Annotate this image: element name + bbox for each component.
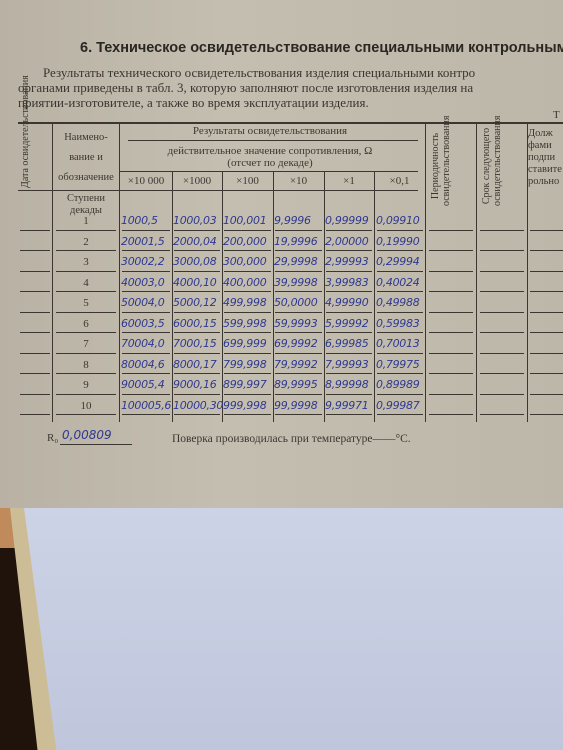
step-number: 8 bbox=[53, 359, 119, 371]
row-underline bbox=[429, 271, 473, 272]
row-underline bbox=[56, 291, 116, 292]
row-underline bbox=[174, 230, 220, 231]
row-underline bbox=[326, 271, 372, 272]
value-cell: 400,000 bbox=[223, 276, 266, 289]
table-label: Т bbox=[553, 109, 560, 121]
multiplier-x100: ×100 bbox=[222, 175, 273, 187]
row-underline bbox=[429, 291, 473, 292]
row-underline bbox=[20, 291, 50, 292]
multiplier-x1000: ×1000 bbox=[172, 175, 222, 187]
header-next-term: Срок следующего освидетельствования bbox=[481, 126, 503, 206]
results-divider bbox=[128, 140, 418, 141]
value-cell: 3000,08 bbox=[173, 255, 216, 268]
row-underline bbox=[377, 291, 423, 292]
value-cell: 2,00000 bbox=[325, 235, 368, 248]
row-underline bbox=[174, 271, 220, 272]
value-cell: 6000,15 bbox=[173, 317, 216, 330]
value-cell: 79,9992 bbox=[274, 358, 317, 371]
value-cell: 100005,6 bbox=[121, 399, 171, 412]
row-underline bbox=[122, 250, 170, 251]
value-cell: 499,998 bbox=[223, 296, 266, 309]
row-underline bbox=[56, 230, 116, 231]
header-bottom-border bbox=[18, 190, 418, 191]
row-underline bbox=[275, 291, 322, 292]
paragraph-line-3: приятии-изготовителе, а также во время э… bbox=[18, 95, 563, 110]
row-underline bbox=[224, 230, 271, 231]
row-underline bbox=[20, 312, 50, 313]
row-underline bbox=[56, 394, 116, 395]
row-underline bbox=[530, 353, 563, 354]
row-underline bbox=[326, 414, 372, 415]
value-cell: 300,000 bbox=[223, 255, 266, 268]
value-cell: 89,9995 bbox=[274, 378, 317, 391]
row-underline bbox=[377, 230, 423, 231]
row-underline bbox=[530, 414, 563, 415]
row-underline bbox=[530, 250, 563, 251]
row-underline bbox=[122, 230, 170, 231]
paragraph-line-1: Результаты технического освидетельствова… bbox=[18, 65, 563, 80]
value-cell: 30002,2 bbox=[121, 255, 164, 268]
row-underline bbox=[56, 250, 116, 251]
value-cell: 0,79975 bbox=[376, 358, 419, 371]
row-underline bbox=[20, 414, 50, 415]
row-underline bbox=[480, 373, 524, 374]
row-underline bbox=[530, 312, 563, 313]
section-heading: 6. Техническое освидетельствование специ… bbox=[80, 40, 563, 56]
row-underline bbox=[224, 394, 271, 395]
value-cell: 80004,6 bbox=[121, 358, 164, 371]
value-cell: 9,9996 bbox=[274, 214, 311, 227]
value-cell: 0,09910 bbox=[376, 214, 419, 227]
value-cell: 0,70013 bbox=[376, 337, 419, 350]
row-underline bbox=[122, 312, 170, 313]
paragraph-line-2: органами приведены в табл. 3, которую за… bbox=[18, 80, 563, 95]
r0-underline bbox=[60, 444, 132, 445]
row-underline bbox=[326, 373, 372, 374]
row-underline bbox=[174, 353, 220, 354]
row-underline bbox=[530, 373, 563, 374]
row-underline bbox=[56, 353, 116, 354]
row-underline bbox=[20, 230, 50, 231]
row-underline bbox=[326, 332, 372, 333]
table-top-border bbox=[18, 122, 563, 124]
row-underline bbox=[530, 291, 563, 292]
row-underline bbox=[20, 271, 50, 272]
value-cell: 7000,15 bbox=[173, 337, 216, 350]
row-underline bbox=[20, 353, 50, 354]
multiplier-x0-1: ×0,1 bbox=[374, 175, 425, 187]
row-underline bbox=[224, 414, 271, 415]
row-underline bbox=[275, 394, 322, 395]
row-underline bbox=[56, 373, 116, 374]
value-cell: 39,9998 bbox=[274, 276, 317, 289]
header-results: Результаты освидетельствования bbox=[120, 125, 420, 137]
row-underline bbox=[224, 250, 271, 251]
row-underline bbox=[429, 414, 473, 415]
row-underline bbox=[122, 271, 170, 272]
multiplier-x1: ×1 bbox=[324, 175, 374, 187]
row-underline bbox=[224, 332, 271, 333]
row-underline bbox=[530, 230, 563, 231]
row-underline bbox=[224, 271, 271, 272]
step-number: 7 bbox=[53, 338, 119, 350]
row-underline bbox=[275, 414, 322, 415]
value-cell: 100,001 bbox=[223, 214, 266, 227]
value-cell: 5,99992 bbox=[325, 317, 368, 330]
row-underline bbox=[122, 332, 170, 333]
value-cell: 69,9992 bbox=[274, 337, 317, 350]
value-cell: 60003,5 bbox=[121, 317, 164, 330]
row-underline bbox=[480, 312, 524, 313]
row-underline bbox=[429, 373, 473, 374]
value-cell: 0,49988 bbox=[376, 296, 419, 309]
value-cell: 29,9998 bbox=[274, 255, 317, 268]
row-underline bbox=[56, 332, 116, 333]
row-underline bbox=[224, 312, 271, 313]
col-divider bbox=[476, 122, 477, 422]
r0-value: 0,00809 bbox=[62, 428, 112, 442]
value-cell: 4000,10 bbox=[173, 276, 216, 289]
document-page: 6. Техническое освидетельствование специ… bbox=[0, 0, 563, 508]
row-underline bbox=[20, 332, 50, 333]
value-cell: 5000,12 bbox=[173, 296, 216, 309]
row-underline bbox=[480, 414, 524, 415]
value-cell: 799,998 bbox=[223, 358, 266, 371]
intro-paragraph: Результаты технического освидетельствова… bbox=[18, 65, 563, 110]
step-number: 4 bbox=[53, 277, 119, 289]
value-cell: 59,9993 bbox=[274, 317, 317, 330]
header-actual-value: действительное значение сопротивления, Ω bbox=[120, 145, 420, 157]
value-cell: 999,998 bbox=[223, 399, 266, 412]
step-number: 6 bbox=[53, 318, 119, 330]
col-divider bbox=[374, 172, 375, 422]
header-position: Долж фами подпи ставите рольно bbox=[528, 128, 563, 188]
row-underline bbox=[275, 230, 322, 231]
row-underline bbox=[429, 332, 473, 333]
row-underline bbox=[56, 312, 116, 313]
row-underline bbox=[326, 250, 372, 251]
row-underline bbox=[429, 394, 473, 395]
col-divider bbox=[425, 122, 426, 422]
value-cell: 3,99983 bbox=[325, 276, 368, 289]
row-underline bbox=[326, 291, 372, 292]
value-cell: 1000,5 bbox=[121, 214, 158, 227]
value-cell: 19,9996 bbox=[274, 235, 317, 248]
multiplier-x10: ×10 bbox=[273, 175, 324, 187]
value-cell: 699,999 bbox=[223, 337, 266, 350]
row-underline bbox=[530, 394, 563, 395]
row-underline bbox=[275, 353, 322, 354]
value-cell: 2,99993 bbox=[325, 255, 368, 268]
blank-sheet bbox=[24, 508, 563, 750]
header-steps: Ступени декады bbox=[53, 193, 119, 217]
value-cell: 6,99985 bbox=[325, 337, 368, 350]
value-cell: 8000,17 bbox=[173, 358, 216, 371]
value-cell: 2000,04 bbox=[173, 235, 216, 248]
row-underline bbox=[530, 332, 563, 333]
value-cell: 899,997 bbox=[223, 378, 266, 391]
value-cell: 0,89989 bbox=[376, 378, 419, 391]
row-underline bbox=[377, 414, 423, 415]
row-underline bbox=[377, 250, 423, 251]
value-cell: 50,0000 bbox=[274, 296, 317, 309]
value-cell: 200,000 bbox=[223, 235, 266, 248]
row-underline bbox=[122, 353, 170, 354]
row-underline bbox=[20, 250, 50, 251]
row-underline bbox=[480, 291, 524, 292]
row-underline bbox=[377, 332, 423, 333]
row-underline bbox=[429, 353, 473, 354]
row-underline bbox=[326, 312, 372, 313]
header-name: Наимено- вание и обозначение bbox=[53, 128, 119, 188]
row-underline bbox=[480, 353, 524, 354]
value-cell: 10000,30 bbox=[173, 399, 223, 412]
value-cell: 0,59983 bbox=[376, 317, 419, 330]
value-cell: 599,998 bbox=[223, 317, 266, 330]
row-underline bbox=[480, 332, 524, 333]
step-number: 1 bbox=[53, 215, 119, 227]
row-underline bbox=[275, 250, 322, 251]
value-cell: 90005,4 bbox=[121, 378, 164, 391]
row-underline bbox=[377, 271, 423, 272]
row-underline bbox=[122, 373, 170, 374]
value-cell: 1000,03 bbox=[173, 214, 216, 227]
row-underline bbox=[480, 230, 524, 231]
r0-label: R₀ bbox=[47, 432, 58, 444]
row-underline bbox=[326, 394, 372, 395]
value-cell: 70004,0 bbox=[121, 337, 164, 350]
temperature-note: Поверка производилась при температуре——°… bbox=[172, 433, 411, 445]
value-cell: 0,29994 bbox=[376, 255, 419, 268]
row-underline bbox=[56, 414, 116, 415]
row-underline bbox=[480, 394, 524, 395]
value-cell: 9000,16 bbox=[173, 378, 216, 391]
value-cell: 99,9998 bbox=[274, 399, 317, 412]
row-underline bbox=[480, 250, 524, 251]
value-cell: 7,99993 bbox=[325, 358, 368, 371]
row-underline bbox=[530, 271, 563, 272]
row-underline bbox=[224, 291, 271, 292]
value-cell: 50004,0 bbox=[121, 296, 164, 309]
row-underline bbox=[275, 332, 322, 333]
row-underline bbox=[429, 250, 473, 251]
row-underline bbox=[174, 332, 220, 333]
row-underline bbox=[174, 414, 220, 415]
row-underline bbox=[122, 414, 170, 415]
value-cell: 9,99971 bbox=[325, 399, 368, 412]
row-underline bbox=[429, 230, 473, 231]
value-cell: 8,99998 bbox=[325, 378, 368, 391]
row-underline bbox=[122, 291, 170, 292]
step-number: 10 bbox=[53, 400, 119, 412]
value-cell: 0,99999 bbox=[325, 214, 368, 227]
row-underline bbox=[377, 312, 423, 313]
row-underline bbox=[275, 271, 322, 272]
row-underline bbox=[20, 394, 50, 395]
row-underline bbox=[224, 353, 271, 354]
value-cell: 0,19990 bbox=[376, 235, 419, 248]
row-underline bbox=[377, 394, 423, 395]
value-cell: 0,40024 bbox=[376, 276, 419, 289]
value-cell: 4,99990 bbox=[325, 296, 368, 309]
value-cell: 40003,0 bbox=[121, 276, 164, 289]
step-number: 5 bbox=[53, 297, 119, 309]
row-underline bbox=[122, 394, 170, 395]
row-underline bbox=[174, 312, 220, 313]
row-underline bbox=[326, 353, 372, 354]
row-underline bbox=[20, 373, 50, 374]
value-cell: 0,99987 bbox=[376, 399, 419, 412]
row-underline bbox=[224, 373, 271, 374]
row-underline bbox=[275, 373, 322, 374]
value-cell: 20001,5 bbox=[121, 235, 164, 248]
step-number: 3 bbox=[53, 256, 119, 268]
header-periodicity: Периодичность освидетельствования bbox=[430, 126, 452, 206]
step-number: 9 bbox=[53, 379, 119, 391]
row-underline bbox=[480, 271, 524, 272]
header-actual-value-sub: (отсчет по декаде) bbox=[120, 157, 420, 169]
row-underline bbox=[174, 291, 220, 292]
row-underline bbox=[174, 394, 220, 395]
background-surface bbox=[0, 508, 563, 750]
multiplier-x10000: ×10 000 bbox=[120, 175, 172, 187]
step-number: 2 bbox=[53, 236, 119, 248]
row-underline bbox=[275, 312, 322, 313]
header-date: Дата освидетельствования bbox=[20, 122, 31, 188]
row-underline bbox=[174, 373, 220, 374]
row-underline bbox=[326, 230, 372, 231]
row-underline bbox=[377, 353, 423, 354]
row-underline bbox=[174, 250, 220, 251]
row-underline bbox=[429, 312, 473, 313]
row-underline bbox=[56, 271, 116, 272]
row-underline bbox=[377, 373, 423, 374]
